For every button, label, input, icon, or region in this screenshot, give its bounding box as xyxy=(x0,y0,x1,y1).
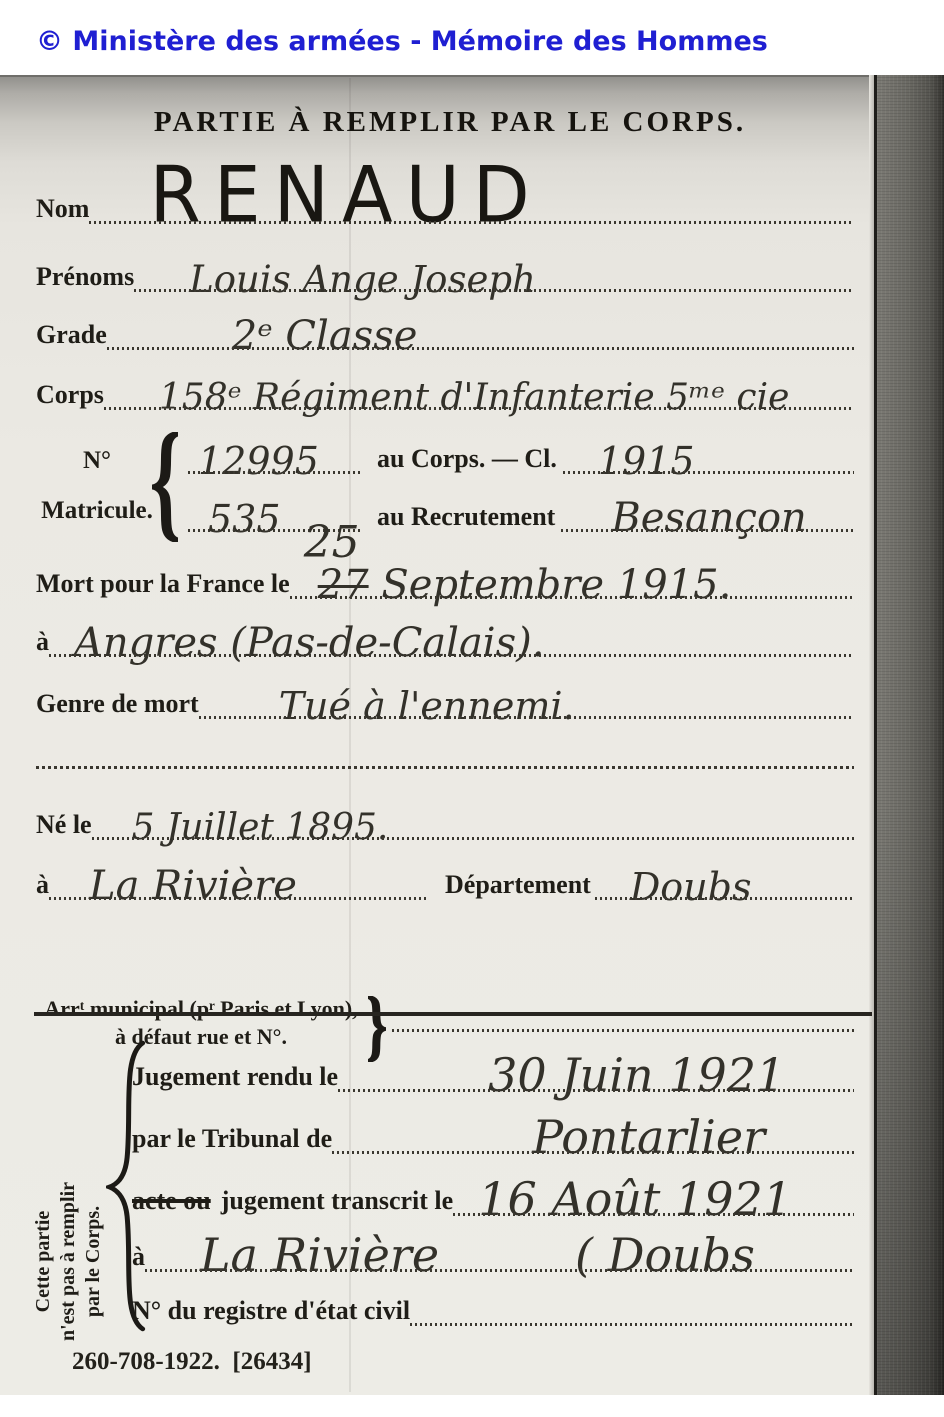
tribunal-label: par le Tribunal de xyxy=(132,1126,332,1154)
departement-value: Doubs xyxy=(630,868,752,906)
prenoms-label: Prénoms xyxy=(36,264,134,292)
mort-day-corrected: 25 27 xyxy=(318,565,369,605)
grade-value: 2ᵉ Classe xyxy=(232,316,418,356)
field-genre-mort: Genre de mort Tué à l'ennemi. xyxy=(36,679,854,719)
matricule-label-no: N° xyxy=(38,436,156,486)
classe-value: 1915 xyxy=(598,442,695,480)
mort-day-new: 25 xyxy=(304,521,360,565)
mort-date-value: 25 27 Septembre 1915. xyxy=(318,565,732,605)
mort-date-rest: Septembre 1915. xyxy=(381,562,731,608)
book-binding-cloth xyxy=(874,75,944,1395)
card-title: PARTIE À REMPLIR PAR LE CORPS. xyxy=(0,106,900,139)
field-jugement-rendu: Jugement rendu le 30 Juin 1921 xyxy=(132,1050,854,1092)
field-matricule-recrutement: 535 au Recrutement Besançon xyxy=(188,492,854,532)
field-nom: Nom RENAUD xyxy=(36,156,854,224)
field-ne-lieu: à La Rivière Département Doubs xyxy=(36,860,854,900)
field-tribunal: par le Tribunal de Pontarlier xyxy=(132,1112,854,1154)
field-mort-date: Mort pour la France le 25 27 Septembre 1… xyxy=(36,559,854,599)
print-reference-code: 260-708-1922. [26434] xyxy=(72,1348,312,1376)
archive-copyright-text: © Ministère des armées - Mémoire des Hom… xyxy=(36,26,768,57)
mort-day-struck: 27 xyxy=(318,562,369,608)
acte-ou-struck: acte ou xyxy=(132,1188,211,1216)
section-divider-solid xyxy=(34,1012,872,1016)
side-note-line1: Cette partie xyxy=(32,1181,57,1340)
genre-mort-label: Genre de mort xyxy=(36,691,199,719)
ne-le-value: 5 Juillet 1895. xyxy=(132,810,389,846)
au-recrutement-label: au Recrutement xyxy=(363,504,561,532)
nom-label: Nom xyxy=(36,196,89,224)
field-mort-lieu: à Angres (Pas-de-Calais). xyxy=(36,617,854,657)
nom-value: RENAUD xyxy=(149,156,542,234)
side-note-line2: n'est pas à remplir xyxy=(57,1181,82,1340)
jugement-rendu-value: 30 Juin 1921 xyxy=(488,1052,785,1098)
grade-label: Grade xyxy=(36,322,107,350)
field-ne-le: Né le 5 Juillet 1895. xyxy=(36,800,854,840)
field-transcrit: acte ou jugement transcrit le 16 Août 19… xyxy=(132,1174,854,1216)
section-divider-dotted xyxy=(36,766,854,769)
arr-municipal-line1: Arrᵗ municipal (pʳ Paris et Lyon), xyxy=(36,995,366,1023)
recrutement-place-value: Besançon xyxy=(611,498,806,538)
ne-lieu-value: La Rivière xyxy=(89,866,297,906)
prenoms-value: Louis Ange Joseph xyxy=(189,261,536,298)
au-corps-label: au Corps. — Cl. xyxy=(363,446,563,474)
jugement-rendu-label: Jugement rendu le xyxy=(132,1064,338,1092)
transcrit-lieu-label: à xyxy=(132,1244,145,1272)
field-matricule-corps: 12995 au Corps. — Cl. 1915 xyxy=(188,434,854,474)
field-grade: Grade 2ᵉ Classe xyxy=(36,310,854,350)
genre-mort-value: Tué à l'ennemi. xyxy=(279,687,575,725)
corps-label: Corps xyxy=(36,382,104,410)
departement-label: Département xyxy=(429,872,595,900)
transcrit-value: 16 Août 1921 xyxy=(478,1176,792,1222)
transcrit-label: jugement transcrit le xyxy=(221,1188,453,1216)
scanned-document-page: © Ministère des armées - Mémoire des Hom… xyxy=(0,0,944,1417)
arr-municipal-label: Arrᵗ municipal (pʳ Paris et Lyon), à déf… xyxy=(36,995,366,1051)
tribunal-value: Pontarlier xyxy=(532,1114,765,1160)
transcrit-lieu-value: La Rivière xyxy=(200,1232,439,1278)
field-corps: Corps 158ᵉ Régiment d'Infanterie 5ᵐᵉ cie xyxy=(36,370,854,410)
ne-lieu-label: à xyxy=(36,872,49,900)
field-transcrit-lieu: à La Rivière ( Doubs xyxy=(132,1230,854,1272)
matricule-recrutement-number: 535 xyxy=(208,500,281,538)
matricule-brace xyxy=(152,432,178,542)
matricule-label-word: Matricule. xyxy=(38,486,156,536)
mort-lieu-label: à xyxy=(36,629,49,657)
corps-value: 158ᵉ Régiment d'Infanterie 5ᵐᵉ cie xyxy=(159,380,790,416)
mort-label: Mort pour la France le xyxy=(36,571,290,599)
field-prenoms: Prénoms Louis Ange Joseph xyxy=(36,252,854,292)
side-note-line3: par le Corps. xyxy=(82,1181,107,1340)
ne-le-label: Né le xyxy=(36,812,92,840)
matricule-corps-number: 12995 xyxy=(198,442,319,480)
matricule-label-block: N° Matricule. xyxy=(38,436,156,536)
arr-municipal-line2: à défaut rue et N°. xyxy=(36,1023,366,1051)
mort-lieu-value: Angres (Pas-de-Calais). xyxy=(74,623,544,663)
registre-label: N° du registre d'état civil xyxy=(132,1298,410,1326)
transcrit-lieu-departement: ( Doubs xyxy=(575,1232,755,1278)
field-registre: N° du registre d'état civil xyxy=(132,1284,854,1326)
